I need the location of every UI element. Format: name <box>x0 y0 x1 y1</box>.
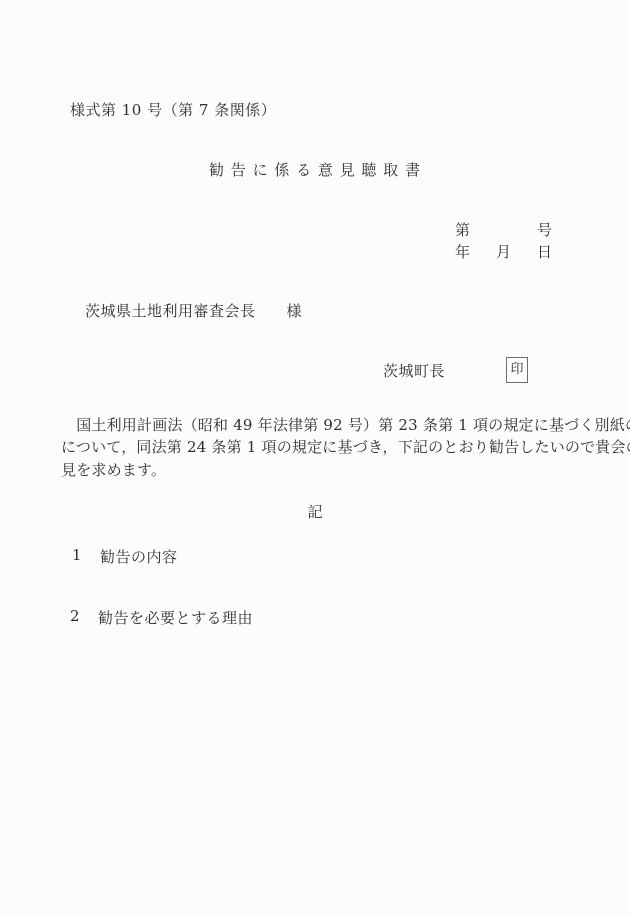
list-item: 1 勧告の内容 <box>72 546 178 567</box>
body-line: について，同法第 24 条第 1 項の規定に基づき，下記のとおり勧告したいので貴… <box>61 436 576 458</box>
addressee: 茨城県土地利用審査会長 様 <box>85 300 302 321</box>
ki-heading: 記 <box>0 501 630 522</box>
item-number: 2 <box>70 607 98 628</box>
body-line: 見を求めます。 <box>61 459 576 481</box>
date-line: 年 月 日 <box>455 241 552 263</box>
body-line: 国土利用計画法（昭和 49 年法律第 92 号）第 23 条第 1 項の規定に基… <box>61 414 576 436</box>
date-month-label: 月 <box>496 241 511 263</box>
date-day-label: 日 <box>537 241 552 263</box>
doc-number-suffix: 号 <box>537 219 552 241</box>
sender-mayor-name: 茨城町長 <box>383 360 445 381</box>
seal-mark: 印 <box>506 357 528 383</box>
item-label: 勧告を必要とする理由 <box>98 607 253 628</box>
item-label: 勧告の内容 <box>100 546 178 567</box>
doc-number-prefix: 第 <box>455 219 470 241</box>
doc-number-line: 第 号 <box>455 219 552 241</box>
date-year-label: 年 <box>455 241 470 263</box>
list-item: 2 勧告を必要とする理由 <box>70 607 253 628</box>
document-title: 勧 告 に 係 る 意 見 聴 取 書 <box>0 159 630 180</box>
body-paragraph: 国土利用計画法（昭和 49 年法律第 92 号）第 23 条第 1 項の規定に基… <box>61 414 576 481</box>
item-number: 1 <box>72 546 100 567</box>
document-page: 様式第 10 号（第 7 条関係） 勧 告 に 係 る 意 見 聴 取 書 第 … <box>0 0 630 915</box>
form-number: 様式第 10 号（第 7 条関係） <box>70 99 276 120</box>
doc-meta-block: 第 号 年 月 日 <box>455 219 552 263</box>
